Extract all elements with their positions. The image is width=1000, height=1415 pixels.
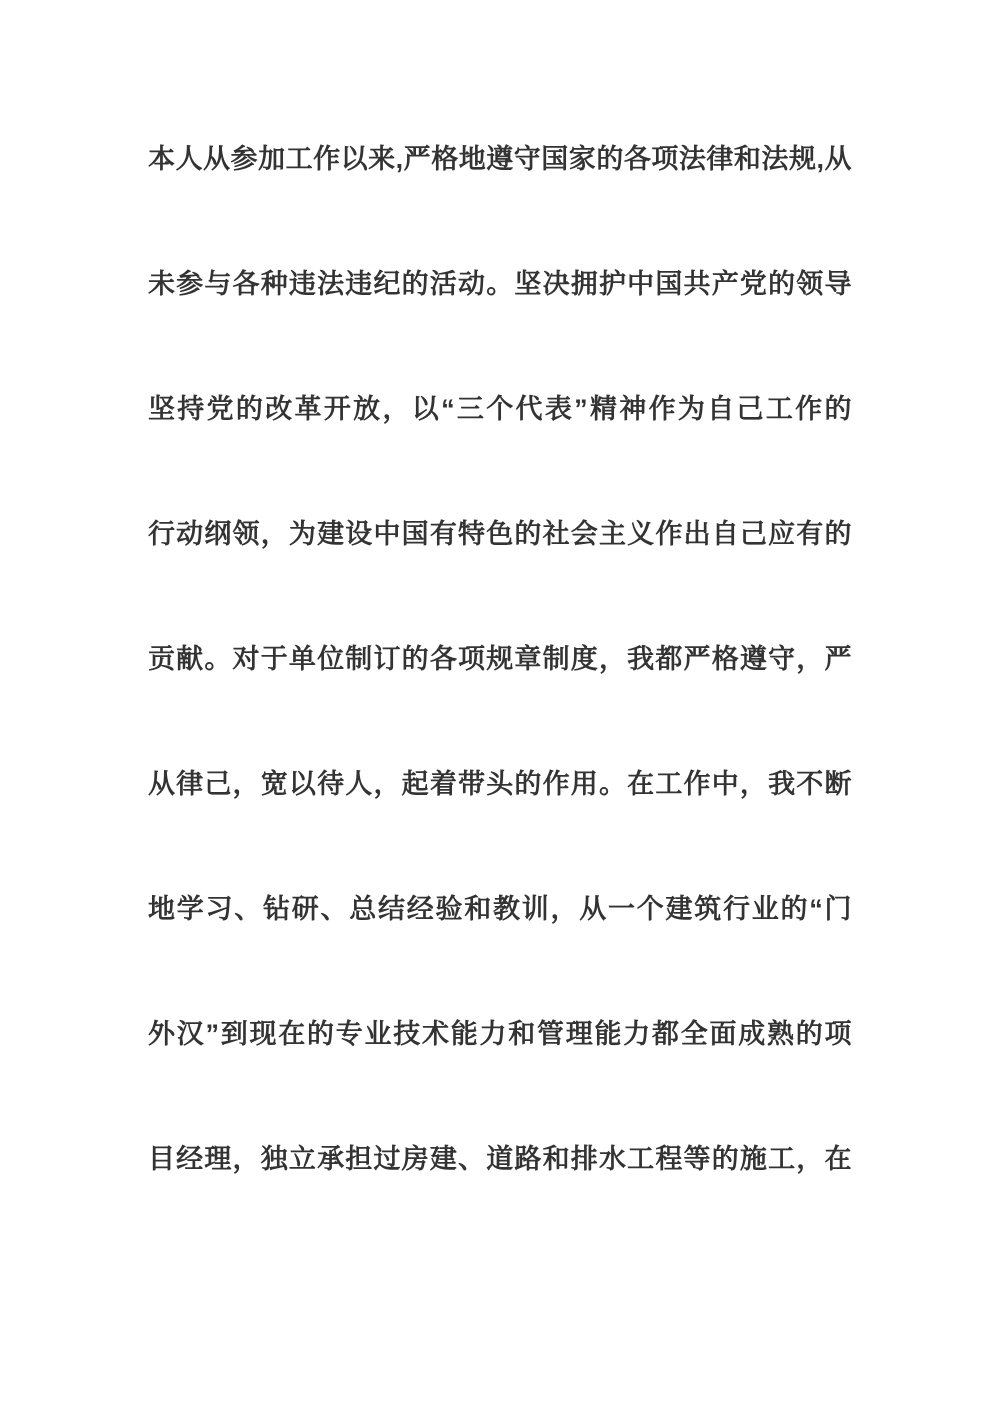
text-line: 外汉”到现在的专业技术能力和管理能力都全面成熟的项 <box>148 972 852 1097</box>
text-line: 目经理，独立承担过房建、道路和排水工程等的施工，在 <box>148 1097 852 1222</box>
text-line: 本人从参加工作以来,严格地遵守国家的各项法律和法规,从 <box>148 97 852 222</box>
text-line: 未参与各种违法违纪的活动。坚决拥护中国共产党的领导 <box>148 222 852 347</box>
document-page: 本人从参加工作以来,严格地遵守国家的各项法律和法规,从 未参与各种违法违纪的活动… <box>0 0 1000 1415</box>
text-line: 坚持党的改革开放，以“三个代表”精神作为自己工作的 <box>148 347 852 472</box>
text-line: 行动纲领，为建设中国有特色的社会主义作出自己应有的 <box>148 472 852 597</box>
text-line: 贡献。对于单位制订的各项规章制度，我都严格遵守，严 <box>148 597 852 722</box>
text-line: 地学习、钻研、总结经验和教训，从一个建筑行业的“门 <box>148 847 852 972</box>
text-line: 从律己，宽以待人，起着带头的作用。在工作中，我不断 <box>148 722 852 847</box>
paragraph: 本人从参加工作以来,严格地遵守国家的各项法律和法规,从 未参与各种违法违纪的活动… <box>148 97 852 1222</box>
